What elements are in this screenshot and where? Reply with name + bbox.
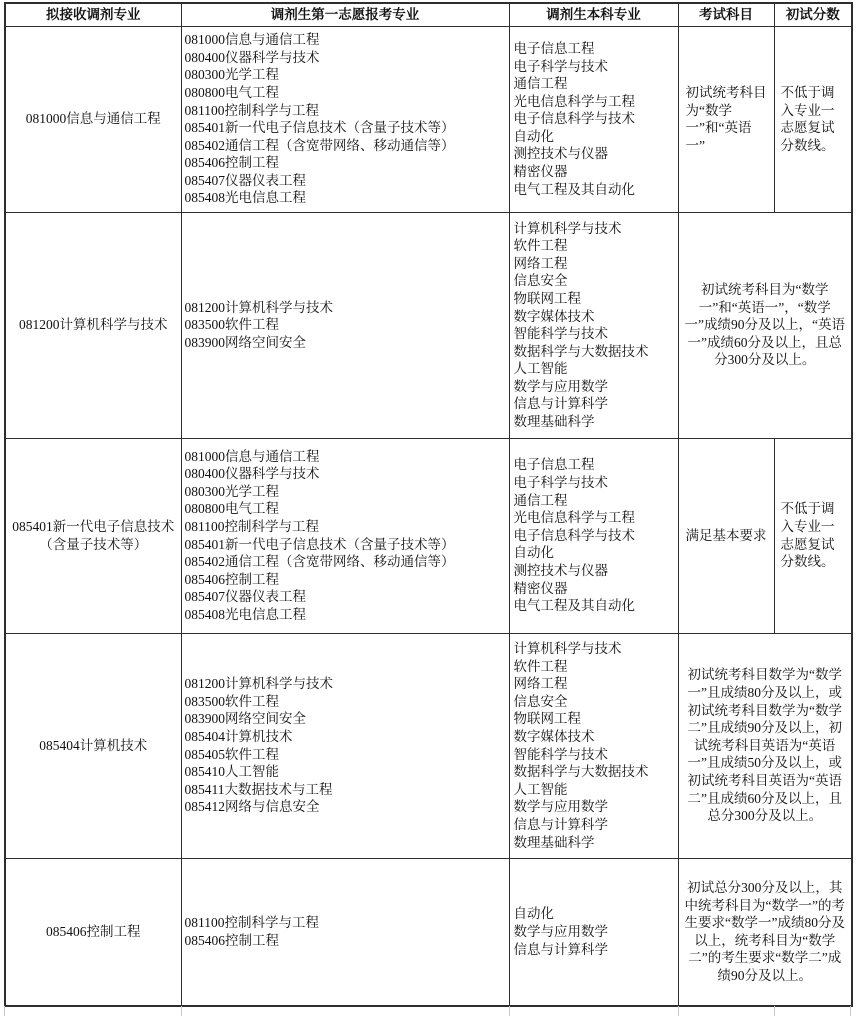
- cell-accept-major: 085406控制工程: [5, 858, 181, 1006]
- cell-exam-and-score-merged: 初试统考科目数学为“数学一”且成绩80分及以上，或初试统考科目数学为“数学二”且…: [678, 633, 852, 858]
- header-exam-subjects: 考试科目: [678, 3, 774, 26]
- table-row: 085404计算机技术 081200计算机科学与技术 083500软件工程 08…: [5, 633, 852, 858]
- cell-exam-subjects: 满足基本要求: [678, 438, 774, 633]
- table-continuation-line: [850, 1006, 851, 1016]
- header-initial-score: 初试分数: [774, 3, 852, 26]
- table-continuation-line: [509, 1006, 510, 1016]
- table-continuation-line: [4, 1006, 5, 1016]
- header-accept-major: 拟接收调剂专业: [5, 3, 181, 26]
- table-row: 085406控制工程 081100控制科学与工程 085406控制工程 自动化 …: [5, 858, 852, 1006]
- cell-first-choice-majors: 081000信息与通信工程 080400仪器科学与技术 080300光学工程 0…: [181, 26, 509, 212]
- cell-undergrad-majors: 电子信息工程 电子科学与技术 通信工程 光电信息科学与工程 电子信息科学与技术 …: [509, 26, 678, 212]
- cell-undergrad-majors: 电子信息工程 电子科学与技术 通信工程 光电信息科学与工程 电子信息科学与技术 …: [509, 438, 678, 633]
- cell-accept-major: 085404计算机技术: [5, 633, 181, 858]
- cell-exam-subjects: 初试统考科目为“数学一”和“英语一”: [678, 26, 774, 212]
- table-row: 081200计算机科学与技术 081200计算机科学与技术 083500软件工程…: [5, 212, 852, 438]
- transfer-admission-table: 拟接收调剂专业 调剂生第一志愿报考专业 调剂生本科专业 考试科目 初试分数 08…: [4, 2, 853, 1007]
- table-continuation-line: [774, 1006, 775, 1016]
- cell-accept-major: 081200计算机科学与技术: [5, 212, 181, 438]
- cell-undergrad-majors: 计算机科学与技术 软件工程 网络工程 信息安全 物联网工程 数字媒体技术 智能科…: [509, 212, 678, 438]
- header-first-choice-major: 调剂生第一志愿报考专业: [181, 3, 509, 26]
- table-row: 081000信息与通信工程 081000信息与通信工程 080400仪器科学与技…: [5, 26, 852, 212]
- cell-exam-and-score-merged: 初试总分300分及以上，其中统考科目为“数学一”的考生要求“数学一”成绩80分及…: [678, 858, 852, 1006]
- cell-exam-and-score-merged: 初试统考科目为“数学一”和“英语一”，“数学一”成绩90分及以上，“英语一”成绩…: [678, 212, 852, 438]
- cell-score-requirement: 不低于调入专业一志愿复试分数线。: [774, 26, 852, 212]
- header-undergrad-major: 调剂生本科专业: [509, 3, 678, 26]
- cell-first-choice-majors: 081200计算机科学与技术 083500软件工程 083900网络空间安全: [181, 212, 509, 438]
- cell-undergrad-majors: 计算机科学与技术 软件工程 网络工程 信息安全 物联网工程 数字媒体技术 智能科…: [509, 633, 678, 858]
- cell-accept-major: 085401新一代电子信息技术（含量子技术等）: [5, 438, 181, 633]
- cell-first-choice-majors: 081100控制科学与工程 085406控制工程: [181, 858, 509, 1006]
- table-header-row: 拟接收调剂专业 调剂生第一志愿报考专业 调剂生本科专业 考试科目 初试分数: [5, 3, 852, 26]
- table-continuation-line: [181, 1006, 182, 1016]
- cell-undergrad-majors: 自动化 数学与应用数学 信息与计算科学: [509, 858, 678, 1006]
- table-row: 085401新一代电子信息技术（含量子技术等） 081000信息与通信工程 08…: [5, 438, 852, 633]
- cell-first-choice-majors: 081200计算机科学与技术 083500软件工程 083900网络空间安全 0…: [181, 633, 509, 858]
- page: 拟接收调剂专业 调剂生第一志愿报考专业 调剂生本科专业 考试科目 初试分数 08…: [0, 0, 858, 1016]
- cell-accept-major: 081000信息与通信工程: [5, 26, 181, 212]
- cell-first-choice-majors: 081000信息与通信工程 080400仪器科学与技术 080300光学工程 0…: [181, 438, 509, 633]
- table-continuation-line: [678, 1006, 679, 1016]
- cell-score-requirement: 不低于调入专业一志愿复试分数线。: [774, 438, 852, 633]
